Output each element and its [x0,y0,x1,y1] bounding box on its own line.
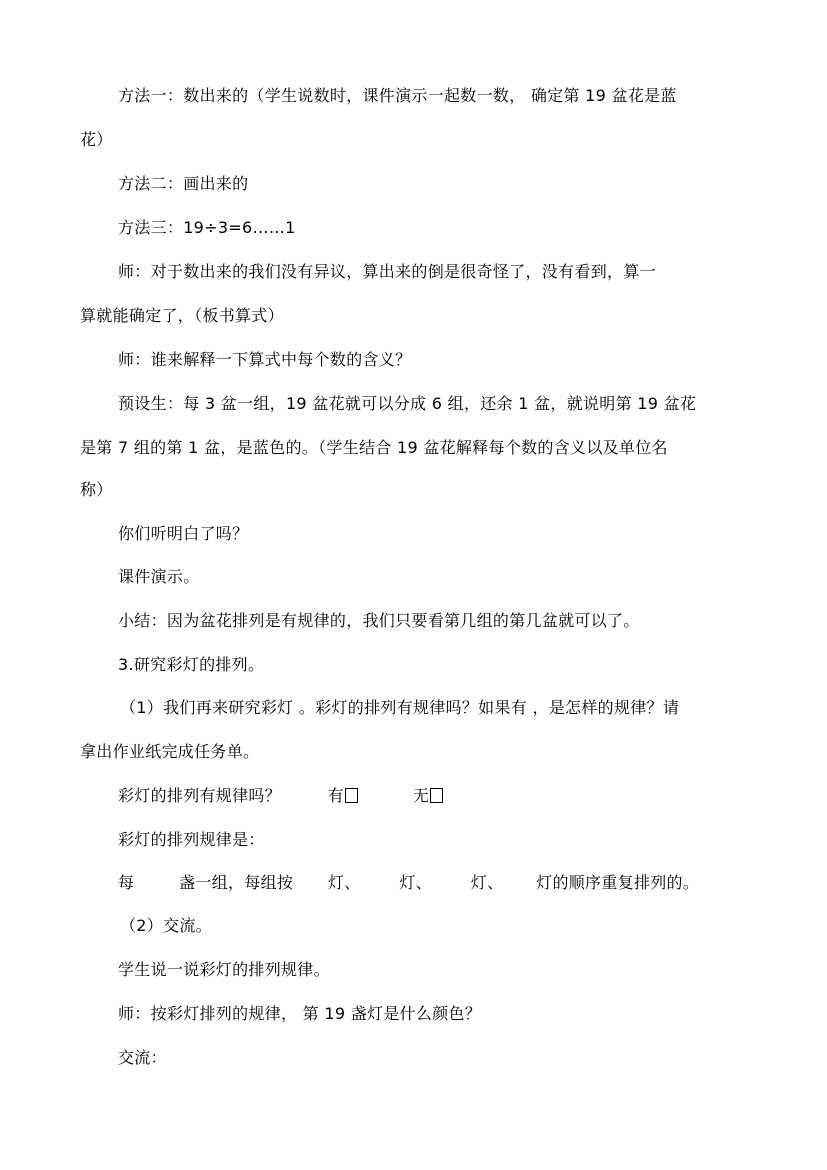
method-three-line: 方法三：19÷3=6……1 [118,218,296,238]
preset-answer-line-3: 称） [80,480,113,500]
teacher-color-question-line: 师：按彩灯排列的规律， 第 19 盏灯是什么颜色？ [118,1004,481,1024]
method-two-line: 方法二：画出来的 [118,174,248,194]
step-1-line-2: 拿出作业纸完成任务单。 [80,742,259,762]
option-yes-checkbox[interactable] [345,788,358,803]
teacher-question-line: 师：谁来解释一下算式中每个数的含义？ [118,350,411,370]
teacher-remark-line-2: 算就能确定了，（板书算式） [80,306,284,326]
fill-text-per-group: 盏一组，每组按 [179,873,293,892]
student-say-line: 学生说一说彩灯的排列规律。 [118,960,330,980]
teacher-remark-line-1: 师：对于数出来的我们没有异议，算出来的倒是很奇怪了，没有看到，算一 [118,262,656,282]
exchange-line: 交流： [118,1048,167,1068]
worksheet-question-row: 彩灯的排列有规律吗？ 有 无 [118,786,443,806]
method-one-line-1: 方法一：数出来的（学生说数时，课件演示一起数一数， 确定第 19 盆花是蓝 [118,86,677,106]
method-one-line-2: 花） [80,130,113,150]
fill-text-each: 每 [118,873,134,892]
rule-label-line: 彩灯的排列规律是： [118,830,265,850]
step-1-line-1: （1）我们再来研究彩灯 。彩灯的排列有规律吗？如果有 ，是怎样的规律？请 [120,698,679,718]
worksheet-question: 彩灯的排列有规律吗？ [118,786,281,805]
preset-answer-line-2: 是第 7 组的第 1 盆，是蓝色的。（学生结合 19 盆花解释每个数的含义以及单… [80,438,668,458]
courseware-demo-line: 课件演示。 [118,567,200,587]
fill-text-lamp-3: 灯、 [471,873,504,892]
understand-question-line: 你们听明白了吗？ [118,524,248,544]
fill-text-lamp-1: 灯、 [328,873,361,892]
fill-text-lamp-2: 灯、 [399,873,432,892]
fill-text-lamp-4: 灯的顺序重复排列的。 [536,873,699,892]
summary-line: 小结：因为盆花排列是有规律的，我们只要看第几组的第几盆就可以了。 [118,611,640,631]
section-3-heading: 3.研究彩灯的排列。 [118,655,264,675]
option-no-label: 无 [413,786,429,805]
fill-in-rule-row: 每 盏一组，每组按 灯、 灯、 灯、 灯的顺序重复排列的。 [118,873,699,893]
step-2-line: （2）交流。 [120,916,212,936]
preset-answer-line-1: 预设生：每 3 盆一组，19 盆花就可以分成 6 组，还余 1 盆，就说明第 1… [118,394,696,414]
option-no-checkbox[interactable] [430,788,443,803]
option-yes-label: 有 [328,786,344,805]
